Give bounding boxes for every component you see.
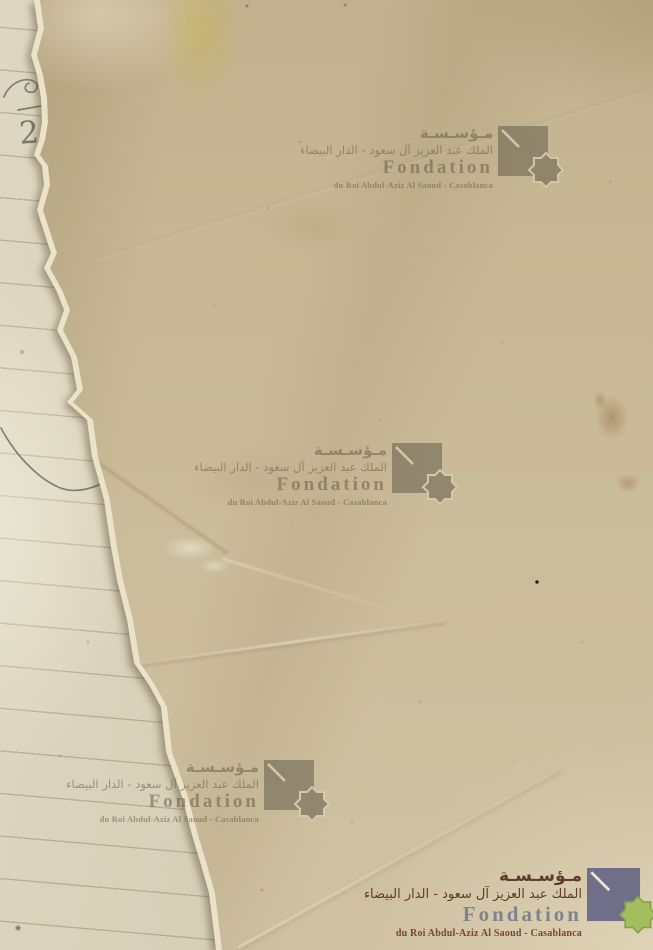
watermark-text-block: مـؤسـسـة الملك عبد العزيز آل سعود - الدا… bbox=[94, 758, 259, 824]
watermark-arabic-subtitle: الملك عبد العزيز آل سعود - الدار البيضاء bbox=[94, 777, 259, 791]
watermark-latin-subtitle: du Roi Abdul-Aziz Al Saoud - Casablanca bbox=[222, 497, 387, 507]
stamp-arabic-title: مـؤسـسـة bbox=[385, 866, 582, 886]
watermark-latin-title: Fondation bbox=[328, 157, 493, 179]
stamp-arabic-subtitle: الملك عبد العزيز آل سعود - الدار البيضاء bbox=[385, 887, 582, 902]
watermark-text-block: مـؤسـسـة الملك عبد العزيز آل سعود - الدا… bbox=[328, 124, 493, 190]
watermark-latin-subtitle: du Roi Abdul-Aziz Al Saoud - Casablanca bbox=[94, 814, 259, 824]
foundation-watermark-top: مـؤسـسـة الملك عبد العزيز آل سعود - الدا… bbox=[328, 124, 564, 190]
eight-pointed-star-icon bbox=[529, 153, 563, 187]
watermark-arabic-title: مـؤسـسـة bbox=[328, 124, 493, 142]
foundation-watermark-bottom-left: مـؤسـسـة الملك عبد العزيز آل سعود - الدا… bbox=[94, 758, 330, 824]
watermark-arabic-subtitle: الملك عبد العزيز آل سعود - الدار البيضاء bbox=[328, 143, 493, 157]
stamp-latin-subtitle: du Roi Abdul-Aziz Al Saoud - Casablanca bbox=[385, 928, 582, 939]
watermark-arabic-title: مـؤسـسـة bbox=[222, 441, 387, 459]
watermark-arabic-subtitle: الملك عبد العزيز آل سعود - الدار البيضاء bbox=[222, 460, 387, 474]
watermark-text-block: مـؤسـسـة الملك عبد العزيز آل سعود - الدا… bbox=[222, 441, 387, 507]
watermark-latin-title: Fondation bbox=[222, 474, 387, 496]
eight-pointed-star-icon bbox=[423, 470, 457, 504]
stamp-text-block: مـؤسـسـة الملك عبد العزيز آل سعود - الدا… bbox=[385, 866, 582, 939]
foundation-logo-icon bbox=[392, 443, 458, 505]
foundation-watermark-middle: مـؤسـسـة الملك عبد العزيز آل سعود - الدا… bbox=[222, 441, 458, 507]
crease-line bbox=[140, 619, 445, 665]
eight-pointed-star-icon bbox=[620, 897, 653, 933]
crease-line bbox=[222, 557, 424, 621]
foundation-logo-icon bbox=[498, 126, 564, 188]
foundation-stamp-bottom-right: مـؤسـسـة الملك عبد العزيز آل سعود - الدا… bbox=[385, 866, 653, 939]
foundation-logo-icon bbox=[264, 760, 330, 822]
watermark-arabic-title: مـؤسـسـة bbox=[94, 758, 259, 776]
watermark-latin-subtitle: du Roi Abdul-Aziz Al Saoud - Casablanca bbox=[328, 180, 493, 190]
eight-pointed-star-icon bbox=[295, 787, 329, 821]
watermark-latin-title: Fondation bbox=[94, 791, 259, 813]
scanned-document-page: 2 مـؤسـسـة الملك عبد العزيز آل سعود - ال… bbox=[0, 0, 653, 950]
foundation-logo-icon bbox=[587, 868, 653, 934]
stamp-latin-title: Fondation bbox=[385, 902, 582, 927]
